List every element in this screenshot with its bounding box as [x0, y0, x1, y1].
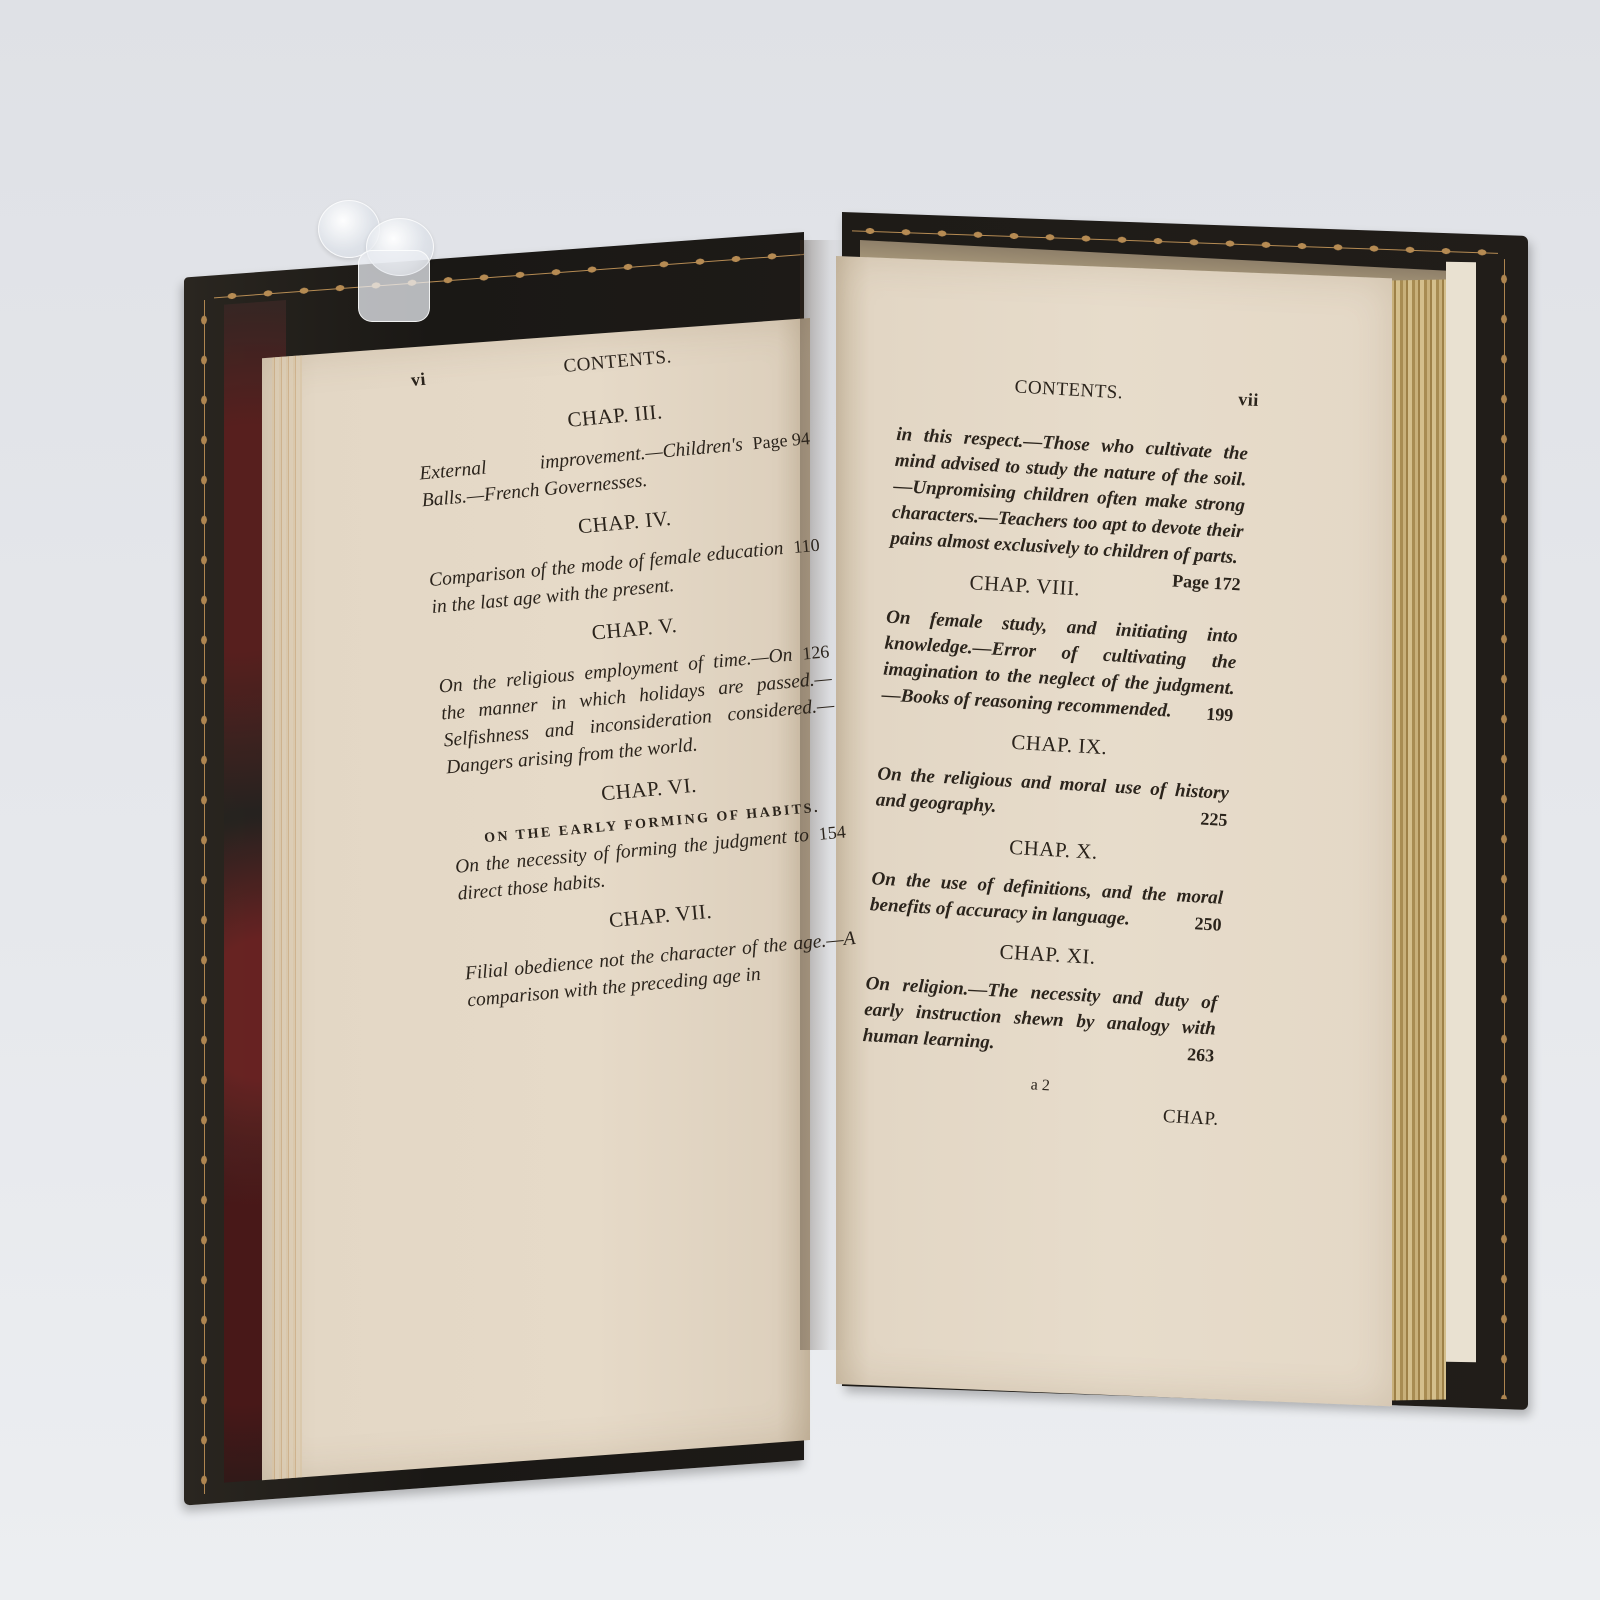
page-reference: 225	[1200, 805, 1228, 832]
page-reference: 126	[801, 638, 830, 667]
toc-entry: CHAP. V. 126 On the religious employment…	[434, 599, 846, 782]
plastic-page-clip	[318, 200, 436, 330]
toc-entry: CHAP. XI. On religion.—The necessity and…	[862, 932, 1228, 1069]
page-reference: Page 172	[1171, 568, 1241, 598]
book-photo: vi CONTENTS. CHAP. III. Page 94 External…	[0, 0, 1600, 1600]
folio-number: vii	[1238, 389, 1260, 411]
right-endpaper	[1446, 262, 1476, 1363]
page-reference: 263	[1187, 1041, 1215, 1068]
page-reference: 110	[792, 532, 821, 561]
chapter-heading: CHAP. IX.	[879, 722, 1240, 767]
gilt-fore-edge	[1388, 279, 1446, 1400]
page-edges	[272, 355, 302, 1479]
gilt-border-right	[1500, 259, 1508, 1399]
gilt-border-left	[200, 300, 208, 1495]
left-page-text: vi CONTENTS. CHAP. III. Page 94 External…	[410, 334, 867, 1015]
chapter-summary-continued: in this respect.—Those who cultivate the…	[890, 422, 1257, 572]
page-reference: 199	[1206, 701, 1234, 728]
chapter-heading: CHAP. XI.	[867, 932, 1228, 977]
chapter-heading: CHAP. X.	[873, 827, 1234, 872]
toc-entry: CHAP. X. On the use of definitions, and …	[869, 827, 1234, 938]
toc-entry: CHAP. IX. On the religious and moral use…	[875, 722, 1240, 833]
page-reference: 250	[1194, 910, 1222, 937]
toc-entry: CHAP. VI. ON THE EARLY FORMING OF HABITS…	[449, 759, 858, 908]
toc-entry: CHAP. IV. 110 Comparison of the mode of …	[424, 492, 831, 621]
gilt-border-top	[214, 250, 804, 301]
page-reference: 154	[818, 818, 847, 847]
chapter-summary: On religion.—The necessity and duty of e…	[862, 971, 1226, 1069]
toc-entry: CHAP. III. Page 94 External improvement.…	[415, 386, 822, 515]
right-page-text: CONTENTS. vii in this respect.—Those who…	[859, 370, 1260, 1131]
clip-body	[358, 250, 430, 322]
chapter-summary: 126 On the religious employment of time.…	[438, 637, 846, 781]
page-reference: Page 94	[751, 425, 811, 457]
chapter-summary: On the use of definitions, and the moral…	[869, 866, 1231, 938]
chapter-summary: On female study, and initiating into kno…	[881, 605, 1246, 729]
chapter-summary: On the religious and moral use of histor…	[875, 761, 1237, 833]
